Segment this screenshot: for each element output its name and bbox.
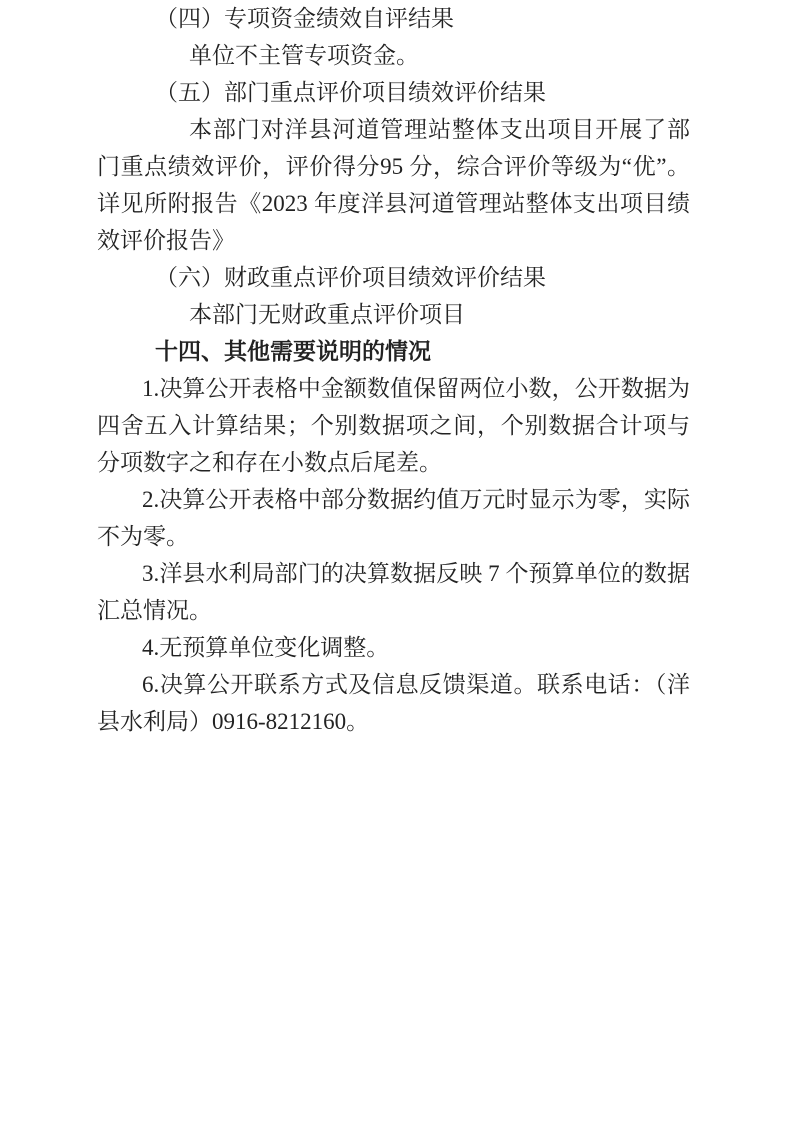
note-item-2: 2.决算公开表格中部分数据约值万元时显示为零，实际不为零。 <box>97 481 690 555</box>
note-item-4: 4.无预算单位变化调整。 <box>97 629 690 666</box>
note-item-3: 3.洋县水利局部门的决算数据反映 7 个预算单位的数据汇总情况。 <box>97 555 690 629</box>
heading-section-6: （六）财政重点评价项目绩效评价结果 <box>97 259 690 296</box>
section-4-body-line: 单位不主管专项资金。 <box>97 37 690 74</box>
note-item-1: 1.决算公开表格中金额数值保留两位小数，公开数据为四舍五入计算结果；个别数据项之… <box>97 370 690 481</box>
heading-section-5: （五）部门重点评价项目绩效评价结果 <box>97 74 690 111</box>
heading-section-4: （四）专项资金绩效自评结果 <box>97 0 690 37</box>
document-page: （四）专项资金绩效自评结果 单位不主管专项资金。 （五）部门重点评价项目绩效评价… <box>0 0 793 1122</box>
section-6-body-line: 本部门无财政重点评价项目 <box>97 296 690 333</box>
heading-section-14: 十四、其他需要说明的情况 <box>97 333 690 370</box>
section-5-body-paragraph: 本部门对洋县河道管理站整体支出项目开展了部门重点绩效评价，评价得分95 分，综合… <box>97 111 690 259</box>
note-item-6-contact: 6.决算公开联系方式及信息反馈渠道。联系电话：（洋县水利局）0916-82121… <box>97 666 690 740</box>
